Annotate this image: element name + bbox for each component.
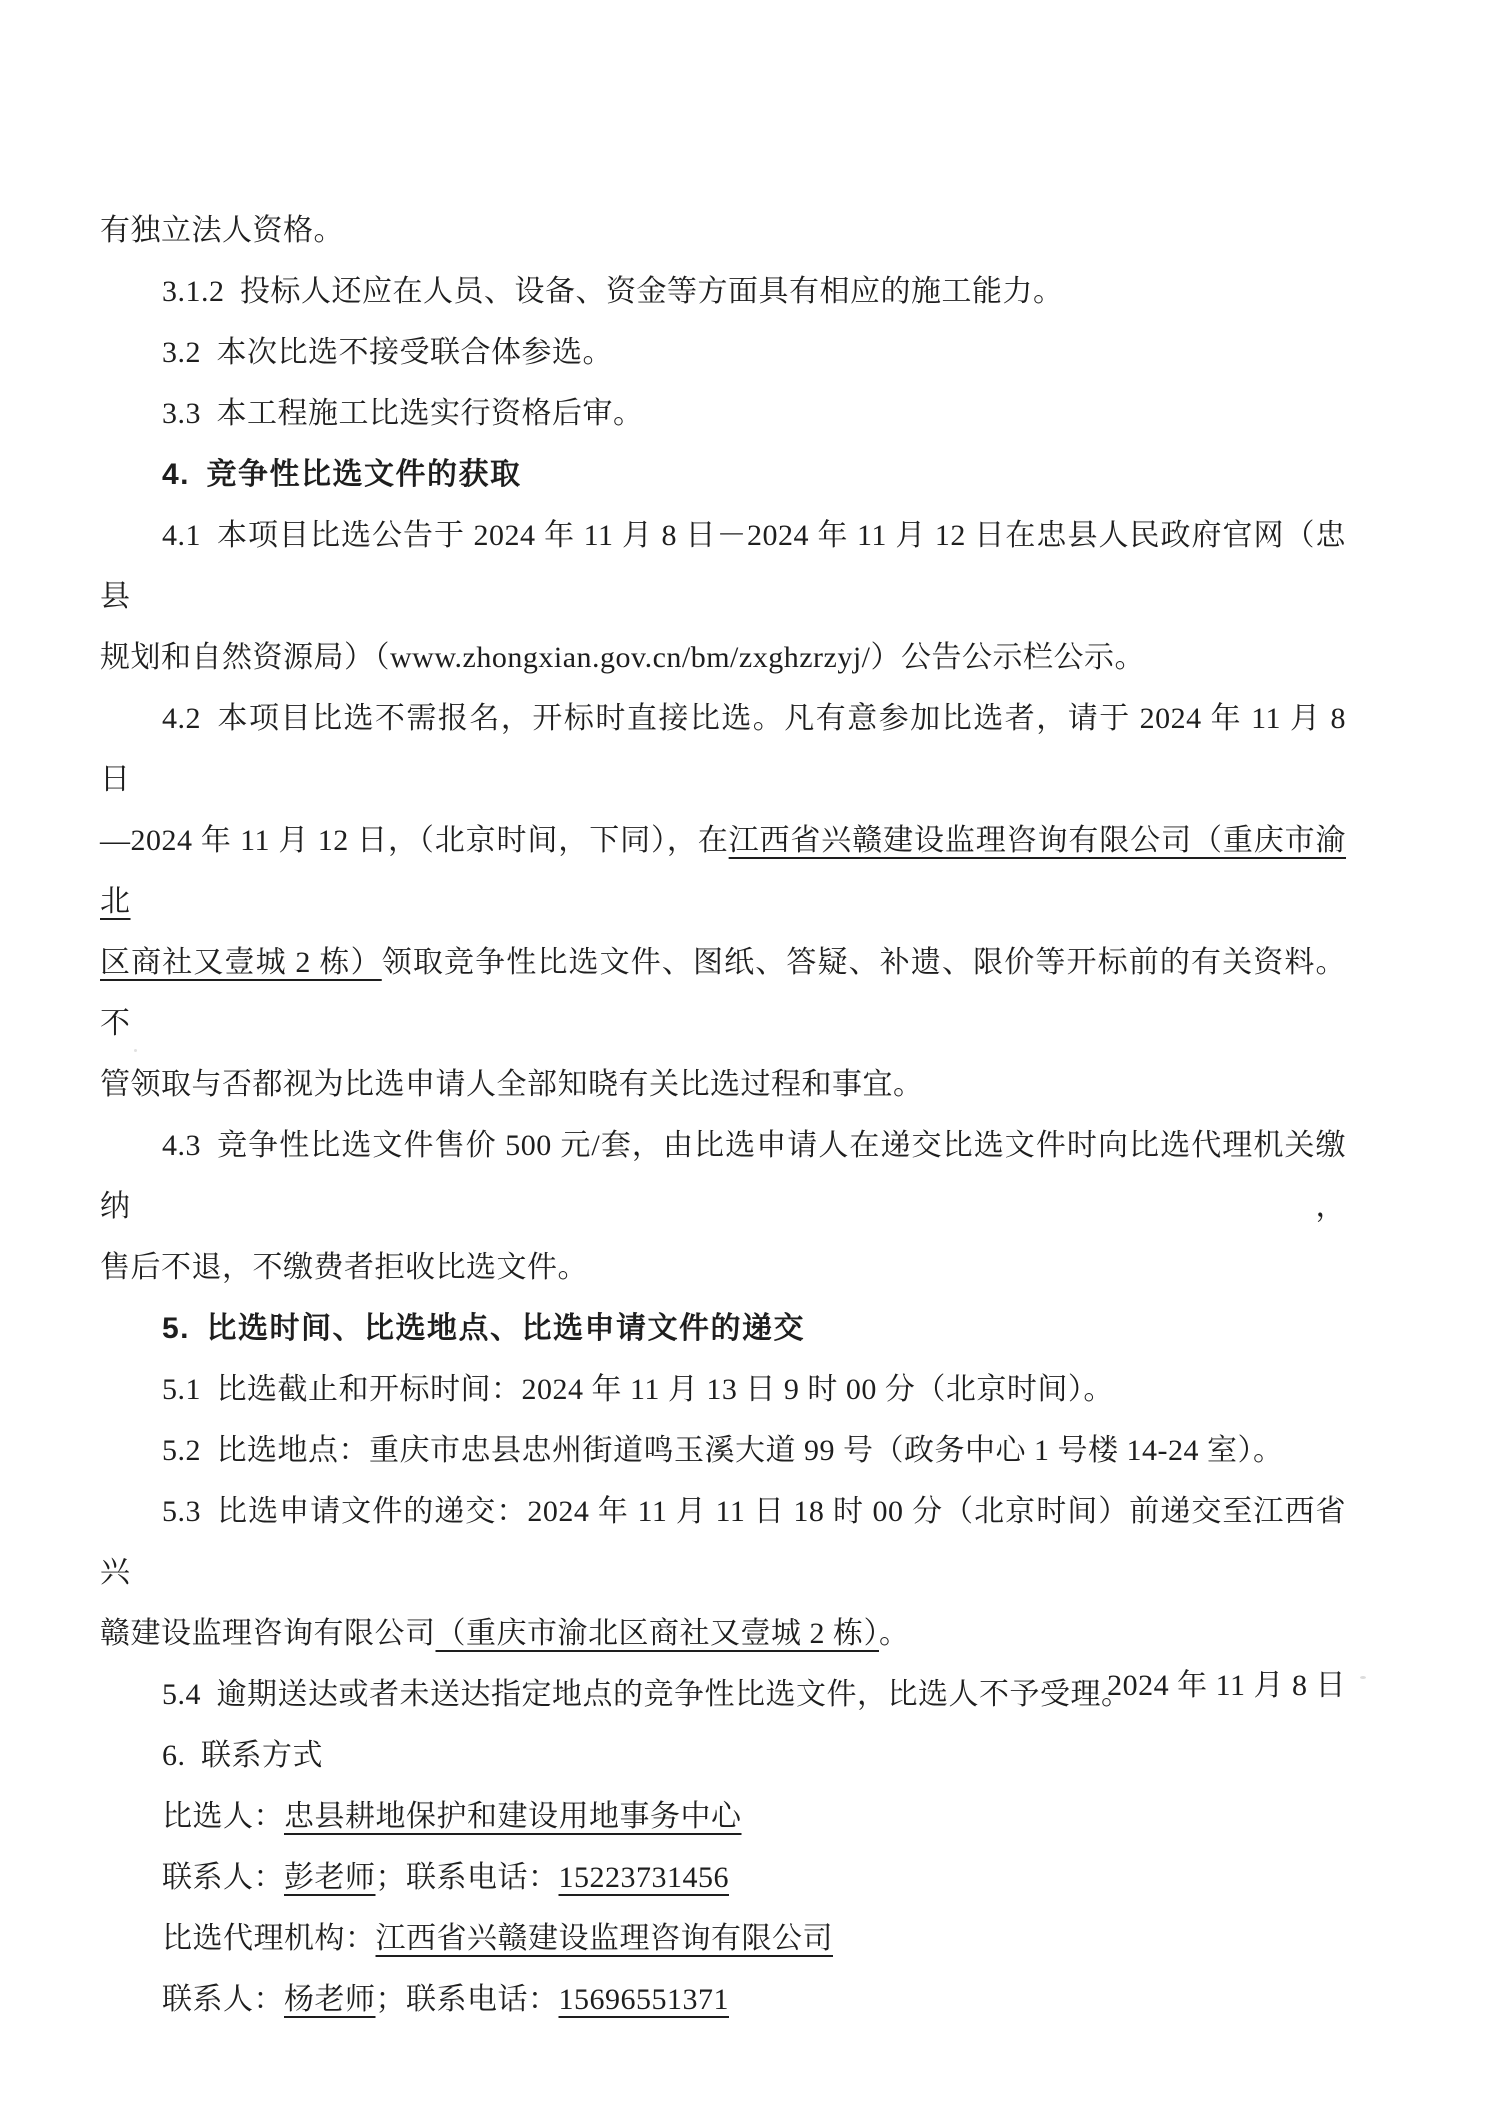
text-segment: 3.2 本次比选不接受联合体参选。 bbox=[162, 336, 613, 369]
text-line: 3.2 本次比选不接受联合体参选。 bbox=[100, 322, 1346, 383]
text-segment: 。 bbox=[879, 1617, 910, 1650]
underlined-text: 江西省兴赣建设监理咨询有限公司 bbox=[376, 1922, 834, 1955]
text-segment: 5.3 比选申请文件的递交：2024 年 11 月 11 日 18 时 00 分… bbox=[100, 1495, 1346, 1589]
text-segment: 3.3 本工程施工比选实行资格后审。 bbox=[162, 397, 644, 430]
text-line: 4.1 本项目比选公告于 2024 年 11 月 8 日－2024 年 11 月… bbox=[100, 505, 1346, 627]
text-segment: 有独立法人资格。 bbox=[100, 214, 344, 247]
text-line: 5.3 比选申请文件的递交：2024 年 11 月 11 日 18 时 00 分… bbox=[100, 1481, 1346, 1603]
text-line: 区商社又壹城 2 栋）领取竞争性比选文件、图纸、答疑、补遗、限价等开标前的有关资… bbox=[100, 932, 1346, 1054]
text-segment: ；联系电话： bbox=[376, 1861, 559, 1894]
text-line: 6. 联系方式 bbox=[100, 1725, 1346, 1786]
text-line: 比选代理机构：江西省兴赣建设监理咨询有限公司 bbox=[100, 1908, 1346, 1969]
underlined-text: 忠县耕地保护和建设用地事务中心 bbox=[284, 1800, 742, 1833]
underlined-text: 彭老师 bbox=[284, 1861, 376, 1894]
text-line: 4. 竞争性比选文件的获取 bbox=[100, 444, 1346, 505]
text-line: 售后不退，不缴费者拒收比选文件。 bbox=[100, 1237, 1346, 1298]
text-line: 3.1.2 投标人还应在人员、设备、资金等方面具有相应的施工能力。 bbox=[100, 261, 1346, 322]
text-segment: 5.1 比选截止和开标时间：2024 年 11 月 13 日 9 时 00 分（… bbox=[162, 1373, 1114, 1406]
scan-speck bbox=[1360, 1676, 1366, 1679]
underlined-text: 杨老师 bbox=[284, 1983, 376, 2016]
text-segment: 4.1 本项目比选公告于 2024 年 11 月 8 日－2024 年 11 月… bbox=[100, 519, 1346, 613]
text-segment: —2024 年 11 月 12 日，（北京时间，下同），在 bbox=[100, 824, 729, 857]
text-line: 3.3 本工程施工比选实行资格后审。 bbox=[100, 383, 1346, 444]
text-segment: 比选人： bbox=[162, 1800, 284, 1833]
text-segment: 4.3 竞争性比选文件售价 500 元/套，由比选申请人在递交比选文件时向比选代… bbox=[100, 1129, 1346, 1223]
text-line: 联系人：彭老师；联系电话：15223731456 bbox=[100, 1847, 1346, 1908]
text-segment: 售后不退，不缴费者拒收比选文件。 bbox=[100, 1251, 588, 1284]
underlined-text: （重庆市渝北区商社又壹城 2 栋） bbox=[436, 1617, 880, 1650]
underlined-text: 15223731456 bbox=[559, 1861, 730, 1894]
text-segment: 4.2 本项目比选不需报名，开标时直接比选。凡有意参加比选者，请于 2024 年… bbox=[100, 702, 1346, 796]
text-segment: 联系人： bbox=[162, 1861, 284, 1894]
text-segment: 比选代理机构： bbox=[162, 1922, 376, 1955]
text-segment: 赣建设监理咨询有限公司 bbox=[100, 1617, 436, 1650]
text-line: 5.2 比选地点：重庆市忠县忠州街道鸣玉溪大道 99 号（政务中心 1 号楼 1… bbox=[100, 1420, 1346, 1481]
text-segment: 规划和自然资源局）（www.zhongxian.gov.cn/bm/zxghzr… bbox=[100, 641, 1145, 674]
text-line: 5.1 比选截止和开标时间：2024 年 11 月 13 日 9 时 00 分（… bbox=[100, 1359, 1346, 1420]
underlined-text: 区商社又壹城 2 栋） bbox=[100, 946, 382, 979]
text-segment: 联系人： bbox=[162, 1983, 284, 2016]
text-line: 4.2 本项目比选不需报名，开标时直接比选。凡有意参加比选者，请于 2024 年… bbox=[100, 688, 1346, 810]
text-line: 比选人：忠县耕地保护和建设用地事务中心 bbox=[100, 1786, 1346, 1847]
date-line: 2024 年 11 月 8 日 bbox=[100, 1655, 1346, 1716]
text-segment: ；联系电话： bbox=[376, 1983, 559, 2016]
text-segment: 5. 比选时间、比选地点、比选申请文件的递交 bbox=[162, 1312, 805, 1345]
scan-speck bbox=[134, 1049, 137, 1052]
text-segment: 3.1.2 投标人还应在人员、设备、资金等方面具有相应的施工能力。 bbox=[162, 275, 1064, 308]
text-segment: 4. 竞争性比选文件的获取 bbox=[162, 458, 522, 491]
text-segment: 6. 联系方式 bbox=[162, 1739, 323, 1772]
text-line: —2024 年 11 月 12 日，（北京时间，下同），在江西省兴赣建设监理咨询… bbox=[100, 810, 1346, 932]
text-line: 规划和自然资源局）（www.zhongxian.gov.cn/bm/zxghzr… bbox=[100, 627, 1346, 688]
text-line: 4.3 竞争性比选文件售价 500 元/套，由比选申请人在递交比选文件时向比选代… bbox=[100, 1115, 1346, 1237]
text-line: 有独立法人资格。 bbox=[100, 200, 1346, 261]
text-segment: 5.2 比选地点：重庆市忠县忠州街道鸣玉溪大道 99 号（政务中心 1 号楼 1… bbox=[162, 1434, 1284, 1467]
text-line: 联系人：杨老师；联系电话：15696551371 bbox=[100, 1969, 1346, 2030]
document-body: 有独立法人资格。3.1.2 投标人还应在人员、设备、资金等方面具有相应的施工能力… bbox=[100, 200, 1346, 2030]
document-page: 有独立法人资格。3.1.2 投标人还应在人员、设备、资金等方面具有相应的施工能力… bbox=[0, 0, 1488, 2104]
text-line: 管领取与否都视为比选申请人全部知晓有关比选过程和事宜。 bbox=[100, 1054, 1346, 1115]
text-line: 5. 比选时间、比选地点、比选申请文件的递交 bbox=[100, 1298, 1346, 1359]
text-segment: 管领取与否都视为比选申请人全部知晓有关比选过程和事宜。 bbox=[100, 1068, 924, 1101]
underlined-text: 15696551371 bbox=[559, 1983, 730, 2016]
